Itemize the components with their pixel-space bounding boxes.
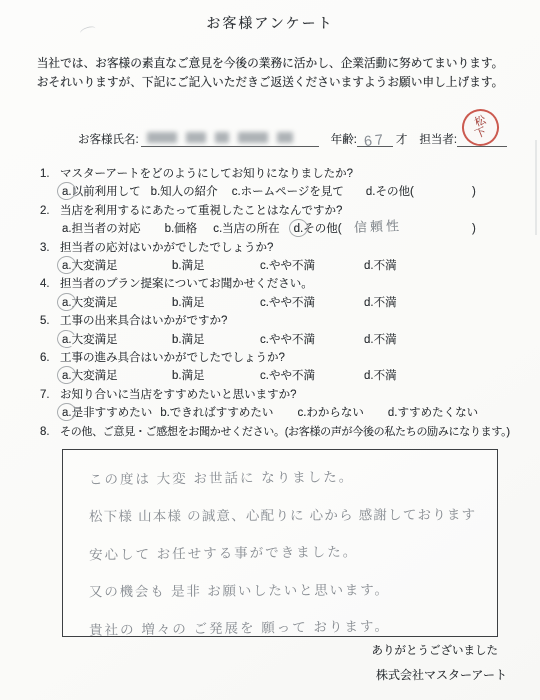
question-text: マスターアートをどのようにしてお知りになりましたか? [60, 165, 353, 183]
option-c: c.わからない [297, 404, 363, 422]
option-c: c.やや不満 [260, 294, 364, 312]
option-label: d.その他( [366, 186, 414, 198]
option-label: d.不満 [364, 370, 397, 382]
option-label: d.その他( [294, 223, 342, 235]
option-c: c.当店の所在 [213, 220, 279, 238]
option-d: d.不満 [364, 331, 397, 349]
handwritten-comment-line: この度は 大変 お世話に なりました。 [89, 457, 489, 499]
option-d: d.その他( [294, 220, 342, 238]
option-label: a.大変満足 [62, 260, 118, 272]
option-c: c.やや不満 [260, 331, 364, 349]
question-text: 工事の進み具合はいかがでしたでしょうか? [60, 349, 285, 367]
option-a: a.担当者の対応 [62, 220, 141, 238]
hanko-stamp-matsushita: 松 下 [457, 103, 505, 151]
option-c: c.ホームページを見て [232, 183, 344, 201]
question-3: 3. 担当者の応対はいかがでしたでしょうか? a.大変満足 b.満足 c.やや不… [40, 239, 512, 276]
age-suffix: 才 [396, 131, 408, 147]
customer-name-field [141, 127, 319, 147]
option-b: b.満足 [172, 331, 260, 349]
option-label: b.知人の紹介 [151, 186, 218, 198]
staff-field: 松 下 [457, 127, 507, 147]
option-label: a.大変満足 [62, 370, 118, 382]
question-7-options: a.是非すすめたい b.できればすすめたい c.わからない d.すすめたくない [62, 404, 512, 422]
question-text: 工事の出来具合はいかがですか? [60, 312, 227, 330]
option-label: c.やや不満 [260, 260, 315, 272]
scan-artifact [535, 140, 537, 235]
question-2: 2. 当店を利用するにあたって重視したことはなんですか? a.担当者の対応 b.… [40, 202, 512, 239]
option-b: b.満足 [172, 257, 260, 275]
question-3-options: a.大変満足 b.満足 c.やや不満 d.不満 [62, 257, 512, 275]
survey-scan-page: お客様アンケート 当社では、お客様の素直なご意見を今後の業務に活かし、企業活動に… [0, 0, 540, 700]
comment-box: この度は 大変 お世話に なりました。 松下様 山本様 の誠意、心配りに 心から… [62, 449, 498, 637]
option-c: c.やや不満 [260, 367, 364, 385]
question-number: 6. [40, 349, 60, 367]
question-text: 担当者のプラン提案についてお聞かせください。 [60, 275, 313, 293]
question-5: 5. 工事の出来具合はいかがですか? a.大変満足 b.満足 c.やや不満 d.… [40, 312, 512, 349]
option-label: a.是非すすめたい [62, 407, 152, 419]
option-a: a.以前利用して [62, 183, 141, 201]
close-paren: ) [472, 183, 476, 201]
option-label: d.すすめたくない [388, 407, 478, 419]
option-d: d.すすめたくない [388, 404, 478, 422]
option-a: a.大変満足 [62, 257, 172, 275]
question-6: 6. 工事の進み具合はいかがでしたでしょうか? a.大変満足 b.満足 c.やや… [40, 349, 512, 386]
option-label: c.やや不満 [260, 297, 315, 309]
customer-info-row: お客様氏名: 年齢: 67 才 担当者: 松 下 [78, 117, 540, 147]
option-a: a.是非すすめたい [62, 404, 152, 422]
option-d: d.不満 [364, 257, 397, 275]
blur-block [277, 132, 293, 143]
option-b: b.できればすすめたい [160, 404, 273, 422]
question-text: 当店を利用するにあたって重視したことはなんですか? [60, 202, 342, 220]
option-d: d.その他( [366, 183, 414, 201]
option-label: a.以前利用して [62, 186, 141, 198]
option-label: c.やや不満 [260, 370, 315, 382]
staff-label: 担当者: [419, 131, 457, 147]
handwritten-comment-line: 安心して お任せする事ができました。 [89, 532, 489, 574]
question-text: 担当者の応対はいかがでしたでしょうか? [60, 239, 273, 257]
question-text: その他、ご意見・ご感想をお聞かせください。(お客様の声が今後の私たちの励みになり… [60, 423, 510, 441]
handwritten-age: 67 [363, 132, 387, 150]
age-field: 67 [357, 127, 393, 147]
option-label: d.不満 [364, 334, 397, 346]
option-b: b.知人の紹介 [151, 183, 218, 201]
age-label: 年齢: [331, 131, 357, 147]
close-paren: ) [472, 220, 476, 238]
question-list: 1. マスターアートをどのようにしてお知りになりましたか? a.以前利用して b… [40, 165, 512, 441]
question-number: 8. [40, 423, 60, 441]
question-text: お知り合いに当店をすすめたいと思いますか? [60, 386, 297, 404]
question-number: 2. [40, 202, 60, 220]
handwritten-comment-line: 貴社の 増々の ご発展を 願って おります。 [89, 606, 489, 649]
question-7: 7. お知り合いに当店をすすめたいと思いますか? a.是非すすめたい b.できれ… [40, 386, 512, 423]
option-label: c.ホームページを見て [232, 186, 344, 198]
blur-block [186, 132, 206, 143]
option-d: d.不満 [364, 367, 397, 385]
question-6-options: a.大変満足 b.満足 c.やや不満 d.不満 [62, 367, 512, 385]
question-4: 4. 担当者のプラン提案についてお聞かせください。 a.大変満足 b.満足 c.… [40, 275, 512, 312]
stamp-char-bottom: 下 [474, 126, 488, 140]
question-number: 1. [40, 165, 60, 183]
option-d: d.不満 [364, 294, 397, 312]
option-label: d.不満 [364, 297, 397, 309]
option-label: d.不満 [364, 260, 397, 272]
handwritten-comment-line: 松下様 山本様 の誠意、心配りに 心から 感謝しております [89, 496, 489, 536]
question-4-options: a.大変満足 b.満足 c.やや不満 d.不満 [62, 294, 512, 312]
blur-block [238, 132, 268, 143]
option-c: c.やや不満 [260, 257, 364, 275]
option-label: b.満足 [172, 260, 205, 272]
handwritten-comment-line: 又の機会も 是非 お願いしたいと思います。 [89, 570, 489, 610]
option-a: a.大変満足 [62, 331, 172, 349]
redacted-name [147, 132, 293, 143]
option-label: a.大変満足 [62, 334, 118, 346]
page-title: お客様アンケート [0, 0, 540, 33]
option-label: a.担当者の対応 [62, 223, 141, 235]
option-label: c.わからない [297, 407, 363, 419]
option-label: c.やや不満 [260, 334, 315, 346]
option-b: b.価格 [165, 220, 198, 238]
question-number: 5. [40, 312, 60, 330]
customer-name-label: お客様氏名: [78, 131, 139, 147]
question-number: 7. [40, 386, 60, 404]
question-8: 8. その他、ご意見・ご感想をお聞かせください。(お客様の声が今後の私たちの励み… [40, 423, 512, 441]
option-label: a.大変満足 [62, 297, 118, 309]
option-b: b.満足 [172, 367, 260, 385]
option-a: a.大変満足 [62, 294, 172, 312]
question-number: 3. [40, 239, 60, 257]
option-label: b.満足 [172, 334, 205, 346]
blur-block [147, 132, 177, 143]
option-label: b.満足 [172, 297, 205, 309]
question-2-options: a.担当者の対応 b.価格 c.当店の所在 d.その他( 信頼性 ) [62, 220, 512, 238]
option-a: a.大変満足 [62, 367, 172, 385]
option-label: b.できればすすめたい [160, 407, 273, 419]
question-number: 4. [40, 275, 60, 293]
intro-line-2: おそれいりますが、下記にご記入いただきご返送くださいますようお願い申し上げます。 [0, 74, 540, 93]
option-label: b.満足 [172, 370, 205, 382]
question-1-options: a.以前利用して b.知人の紹介 c.ホームページを見て d.その他( ) [62, 183, 512, 201]
question-1: 1. マスターアートをどのようにしてお知りになりましたか? a.以前利用して b… [40, 165, 512, 202]
option-label: c.当店の所在 [213, 223, 279, 235]
company-name: 株式会社マスターアート [376, 666, 507, 683]
intro-text: 当社では、お客様の素直なご意見を今後の業務に活かし、企業活動に努めてまいります。… [0, 55, 540, 92]
option-b: b.満足 [172, 294, 260, 312]
handwritten-answer: 信頼性 [354, 217, 403, 237]
question-5-options: a.大変満足 b.満足 c.やや不満 d.不満 [62, 331, 512, 349]
blur-block [215, 132, 229, 143]
option-label: b.価格 [165, 223, 198, 235]
intro-line-1: 当社では、お客様の素直なご意見を今後の業務に活かし、企業活動に努めてまいります。 [0, 55, 540, 74]
